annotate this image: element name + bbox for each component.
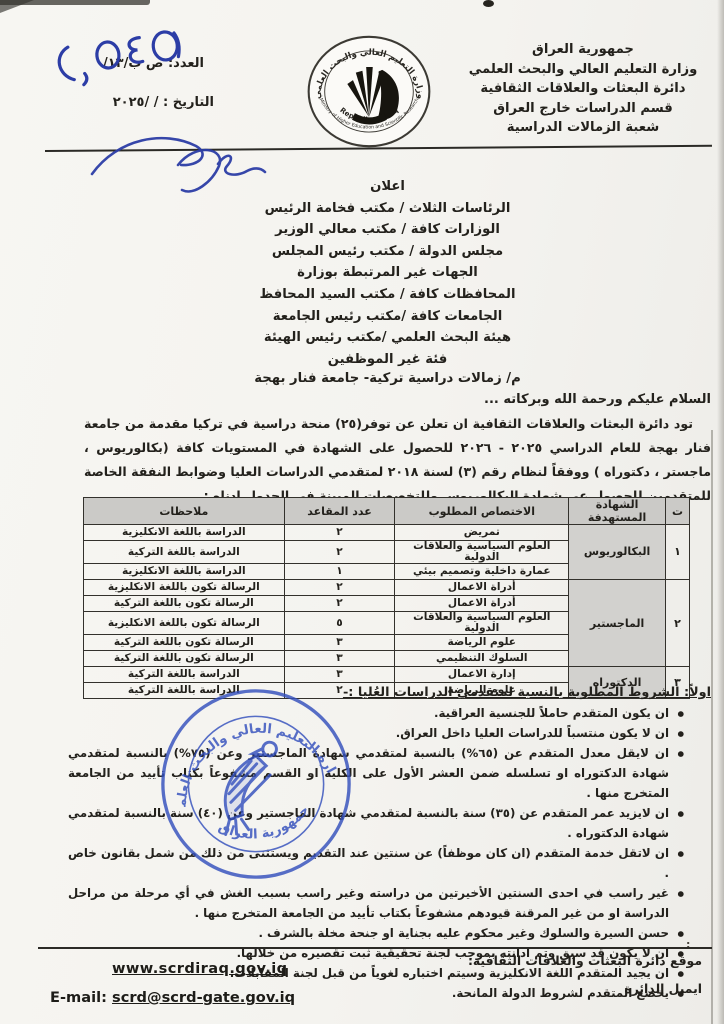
website-link[interactable]: www.scrdiraq.gov.iq	[112, 960, 287, 977]
table-row: ١ البكالوريوس تمريض ٢ الدراسة باللغة الا…	[84, 525, 690, 541]
seats-cell: ١	[284, 564, 395, 580]
scan-noise-mark: :	[686, 938, 690, 951]
col-header-notes: ملاحظات	[84, 498, 285, 525]
notes-cell: الدراسة باللغة الانكليزية	[84, 564, 285, 580]
specialty-cell: علوم الرياضة	[395, 635, 569, 651]
notes-cell: الدراسة باللغة التركية	[84, 667, 285, 683]
announcement-title: اعلان	[165, 176, 610, 198]
document-date-label: التاريخ : / /٢٠٢٥	[92, 95, 214, 110]
org-line-department: قسم الدراسات خارج العراق	[444, 99, 722, 119]
addressee-line: الجامعات كافة /مكتب رئيس الجامعة	[165, 306, 610, 328]
ministry-seal-emblem: وزارة التعليم العالي والبحث العلمي Repub…	[303, 32, 435, 151]
col-header-degree: الشهادة المستهدفة	[569, 498, 666, 525]
org-line-ministry: وزارة التعليم العالي والبحث العلمي	[444, 60, 722, 80]
addressee-line: المحافظات كافة / مكتب السيد المحافظ	[165, 284, 610, 306]
seats-cell: ٣	[284, 651, 395, 667]
seats-cell: ٣	[284, 635, 395, 651]
addressee-line: الجهات غير المرتبطة بوزارة	[165, 262, 610, 284]
org-line-directorate: دائرة البعثات والعلاقات الثقافية	[444, 79, 722, 99]
col-header-seats: عدد المقاعد	[284, 498, 395, 525]
seats-cell: ٢	[284, 525, 395, 541]
notes-cell: الرسالة تكون باللغة الانكليزية	[84, 580, 285, 596]
specialty-cell: العلوم السياسية والعلاقات الدولية	[395, 612, 569, 635]
handwritten-number-ink	[42, 22, 212, 88]
org-line-country: جمهورية العراق	[444, 40, 722, 60]
specialty-cell: أدراة الاعمال	[395, 596, 569, 612]
table-header-row: ت الشهادة المستهدفة الاختصاص المطلوب عدد…	[84, 498, 690, 525]
specialty-cell: السلوك التنظيمي	[395, 651, 569, 667]
handwritten-letter-stroke	[58, 47, 75, 81]
seats-cell: ٢	[284, 580, 395, 596]
degree-cell: الماجستير	[569, 580, 666, 667]
seats-cell: ٣	[284, 667, 395, 683]
email-prefix-label: E-mail:	[50, 989, 107, 1006]
degree-cell: البكالوريوس	[569, 525, 666, 580]
group-index-cell: ١	[666, 525, 690, 580]
conditions-heading: اولاً: الشروط المطلوبة بالنسبة لمتقدمي ا…	[343, 685, 711, 700]
notes-cell: الرسالة تكون باللغة التركية	[84, 596, 285, 612]
specialty-cell: عمارة داخلية وتصميم بيئي	[395, 564, 569, 580]
addressee-line: هيئة البحث العلمي /مكتب رئيس الهيئة	[165, 327, 610, 349]
scan-corner-mark	[0, 0, 34, 13]
specialty-cell: تمريض	[395, 525, 569, 541]
scan-edge-shadow	[717, 0, 724, 1024]
footer-divider-line	[38, 947, 712, 949]
email-line: E-mail: scrd@scrd-gate.gov.iq	[50, 989, 295, 1006]
notes-cell: الرسالة تكون باللغة الانكليزية	[84, 612, 285, 635]
footer-site-label: موقع دائرة البعثات والعلاقات الثقافية:	[468, 953, 702, 968]
official-blue-stamp: وزارة التعليم العالي والبحث العلمي جمهور…	[158, 686, 354, 882]
specialty-cell: إدارة الاعمال	[395, 667, 569, 683]
greeting-line: السلام عليكم ورحمة الله وبركاته ...	[484, 392, 711, 407]
addressee-line: الرئاسات الثلاث / مكتب فخامة الرئيس	[165, 198, 610, 220]
seats-cell: ٢	[284, 596, 395, 612]
notes-cell: الدراسة باللغة الانكليزية	[84, 525, 285, 541]
scanned-letter-page: : جمهورية العراق وزارة التعليم العالي وا…	[0, 0, 724, 1024]
col-header-specialty: الاختصاص المطلوب	[395, 498, 569, 525]
email-address-link[interactable]: scrd@scrd-gate.gov.iq	[112, 989, 295, 1006]
notes-cell: الدراسة باللغة التركية	[84, 541, 285, 564]
col-header-index: ت	[666, 498, 690, 525]
specialty-cell: العلوم السياسية والعلاقات الدولية	[395, 541, 569, 564]
group-index-cell: ٢	[666, 580, 690, 667]
notes-cell: الرسالة تكون باللغة التركية	[84, 635, 285, 651]
addressee-line: فئة غير الموظفين	[165, 349, 610, 371]
specialty-cell: أدراة الاعمال	[395, 580, 569, 596]
scan-edge-line	[711, 430, 713, 1024]
notes-cell: الرسالة تكون باللغة التركية	[84, 651, 285, 667]
body-paragraph: تود دائرة البعثات والعلاقات الثقافية ان …	[84, 412, 711, 508]
table-row: ٢ الماجستير أدراة الاعمال ٢ الرسالة تكون…	[84, 580, 690, 596]
seats-cell: ٥	[284, 612, 395, 635]
addressee-line: مجلس الدولة / مكتب رئيس المجلس	[165, 241, 610, 263]
seats-cell: ٢	[284, 541, 395, 564]
condition-item: غير راسب في احدى السنتين الأخيرتين من در…	[68, 883, 684, 923]
addressee-block: اعلان الرئاسات الثلاث / مكتب فخامة الرئي…	[165, 176, 610, 370]
org-line-division: شعبة الزمالات الدراسية	[444, 118, 722, 138]
subject-line: م/ زمالات دراسية تركية- جامعة فنار بهجة	[165, 371, 610, 386]
scan-dot	[483, 0, 494, 7]
addressee-line: الوزارات كافة / مكتب معالي الوزير	[165, 219, 610, 241]
specializations-table: ت الشهادة المستهدفة الاختصاص المطلوب عدد…	[83, 497, 690, 699]
table-row: ٣ الدكتوراه إدارة الاعمال ٣ الدراسة بالل…	[84, 667, 690, 683]
condition-item: حسن السيرة والسلوك وغير محكوم عليه بجناي…	[68, 923, 684, 943]
ministry-header-block: جمهورية العراق وزارة التعليم العالي والب…	[444, 40, 722, 138]
footer-email-label: ايميل الدائرة	[624, 981, 702, 996]
